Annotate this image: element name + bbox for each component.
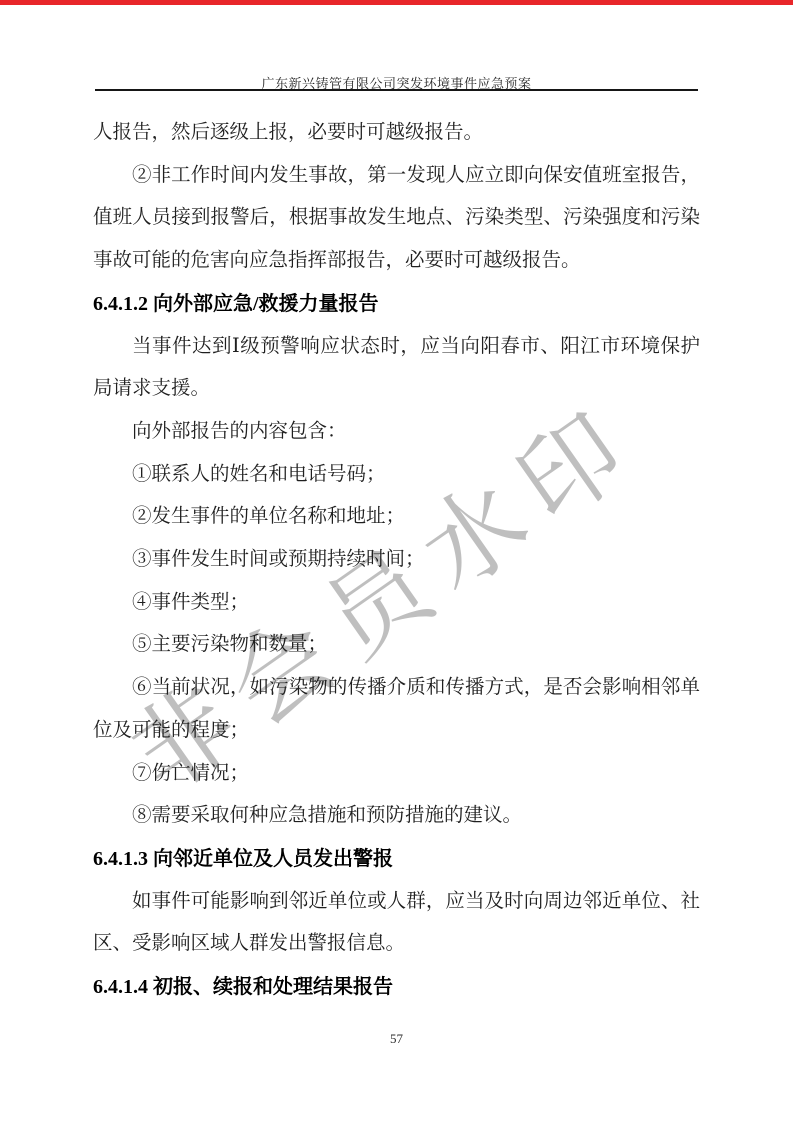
- document-body: 人报告，然后逐级上报，必要时可越级报告。②非工作时间内发生事故，第一发现人应立即…: [93, 112, 700, 1009]
- header-rule: [95, 89, 698, 91]
- document-page: 非会员水印 广东新兴铸管有限公司突发环境事件应急预案 人报告，然后逐级上报，必要…: [0, 0, 793, 1122]
- top-accent-bar: [0, 0, 793, 5]
- paragraph: ③事件发生时间或预期持续时间；: [93, 539, 700, 582]
- paragraph: 人报告，然后逐级上报，必要时可越级报告。: [93, 112, 700, 155]
- paragraph: ⑥当前状况，如污染物的传播介质和传播方式，是否会影响相邻单位及可能的程度；: [93, 667, 700, 752]
- paragraph: ②非工作时间内发生事故，第一发现人应立即向保安值班室报告，值班人员接到报警后，根…: [93, 155, 700, 283]
- section-heading: 6.4.1.4 初报、续报和处理结果报告: [93, 966, 700, 1009]
- section-heading: 6.4.1.3 向邻近单位及人员发出警报: [93, 838, 700, 881]
- paragraph: ⑤主要污染物和数量；: [93, 624, 700, 667]
- paragraph: ④事件类型；: [93, 582, 700, 625]
- paragraph: ⑧需要采取何种应急措施和预防措施的建议。: [93, 795, 700, 838]
- paragraph: 当事件达到Ⅰ级预警响应状态时，应当向阳春市、阳江市环境保护局请求支援。: [93, 326, 700, 411]
- section-heading: 6.4.1.2 向外部应急/救援力量报告: [93, 283, 700, 326]
- paragraph: 如事件可能影响到邻近单位或人群，应当及时向周边邻近单位、社区、受影响区域人群发出…: [93, 881, 700, 966]
- paragraph: ②发生事件的单位名称和地址；: [93, 496, 700, 539]
- page-number: 57: [0, 1031, 793, 1047]
- paragraph: ⑦伤亡情况；: [93, 753, 700, 796]
- paragraph: ①联系人的姓名和电话号码；: [93, 454, 700, 497]
- paragraph: 向外部报告的内容包含：: [93, 411, 700, 454]
